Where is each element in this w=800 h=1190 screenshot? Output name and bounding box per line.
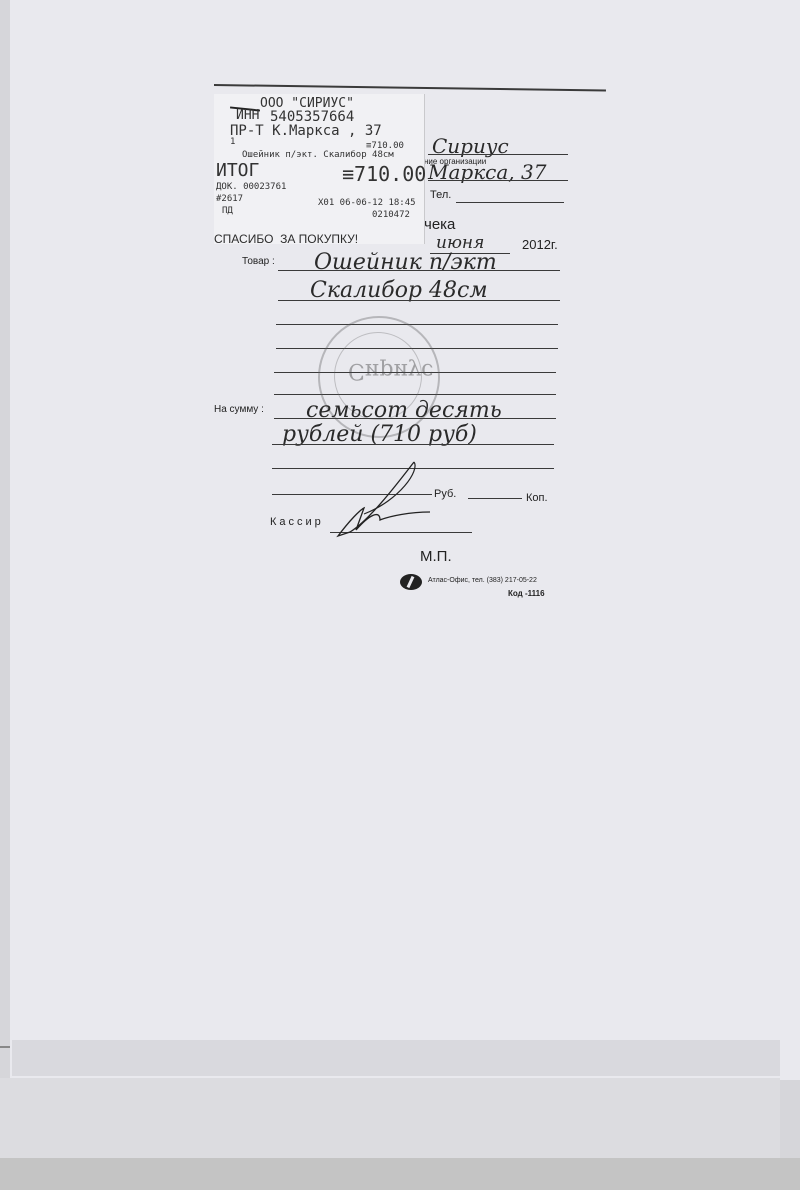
receipt-doc: ДОК. 00023761 [216,182,286,192]
form-rule [428,180,568,181]
receipt-address: ПР-Т К.Маркса , 37 [230,123,382,139]
printer-info: Атлас-Офис, тел. (383) 217-05-22 [428,577,537,584]
edge-mark [0,1046,10,1048]
receipt-item-name: Ошейник п/экт. Скалибор 48см [242,150,394,160]
form-rule [272,444,554,445]
receipt-total-value: ≡710.00 [342,162,426,186]
cash-register-receipt: ООО "СИРИУС" ИНН 5405357664 ПР-Т К.Маркс… [214,94,425,244]
form-rule [468,498,522,499]
scan-artifact-band [0,1078,780,1158]
form-rule [456,202,564,203]
form-rule [278,270,560,271]
goods-label: Товар : [242,256,275,267]
form-code: Код -1116 [508,589,545,598]
phone-label: Тел. [430,189,451,201]
receipt-number: #2617 [216,194,243,204]
receipt-inn-label: ИНН [236,108,259,123]
receipt-line-qty: 1 [230,137,235,147]
goods-line1: Ошейник п/экт [314,250,497,275]
form-rule [274,418,556,419]
form-rule [278,300,560,301]
scanner-bed [0,1158,800,1190]
scan-artifact-band [12,1040,780,1076]
sum-label: На сумму : [214,404,264,415]
form-rule [428,154,568,155]
date-year: 2012г. [522,237,558,252]
receipt-thanks: СПАСИБО ЗА ПОКУПКУ! [214,232,358,246]
stamp-place-label: М.П. [420,548,452,565]
atlas-office-logo-icon [400,574,422,590]
cashier-label: Кассир [270,516,324,528]
form-rule [276,324,558,325]
kop-label: Коп. [526,492,548,504]
signature [330,460,440,540]
sum-line1: семьсот десять [306,398,502,423]
receipt-code: 0210472 [372,210,410,220]
receipt-datetime: X01 06-06-12 18:45 [318,198,416,208]
doc-title-fragment: чека [424,216,455,233]
receipt-pd: ПД [222,206,233,216]
stamp-text: Сириус [348,358,434,383]
receipt-total-label: ИТОГ [216,160,259,181]
